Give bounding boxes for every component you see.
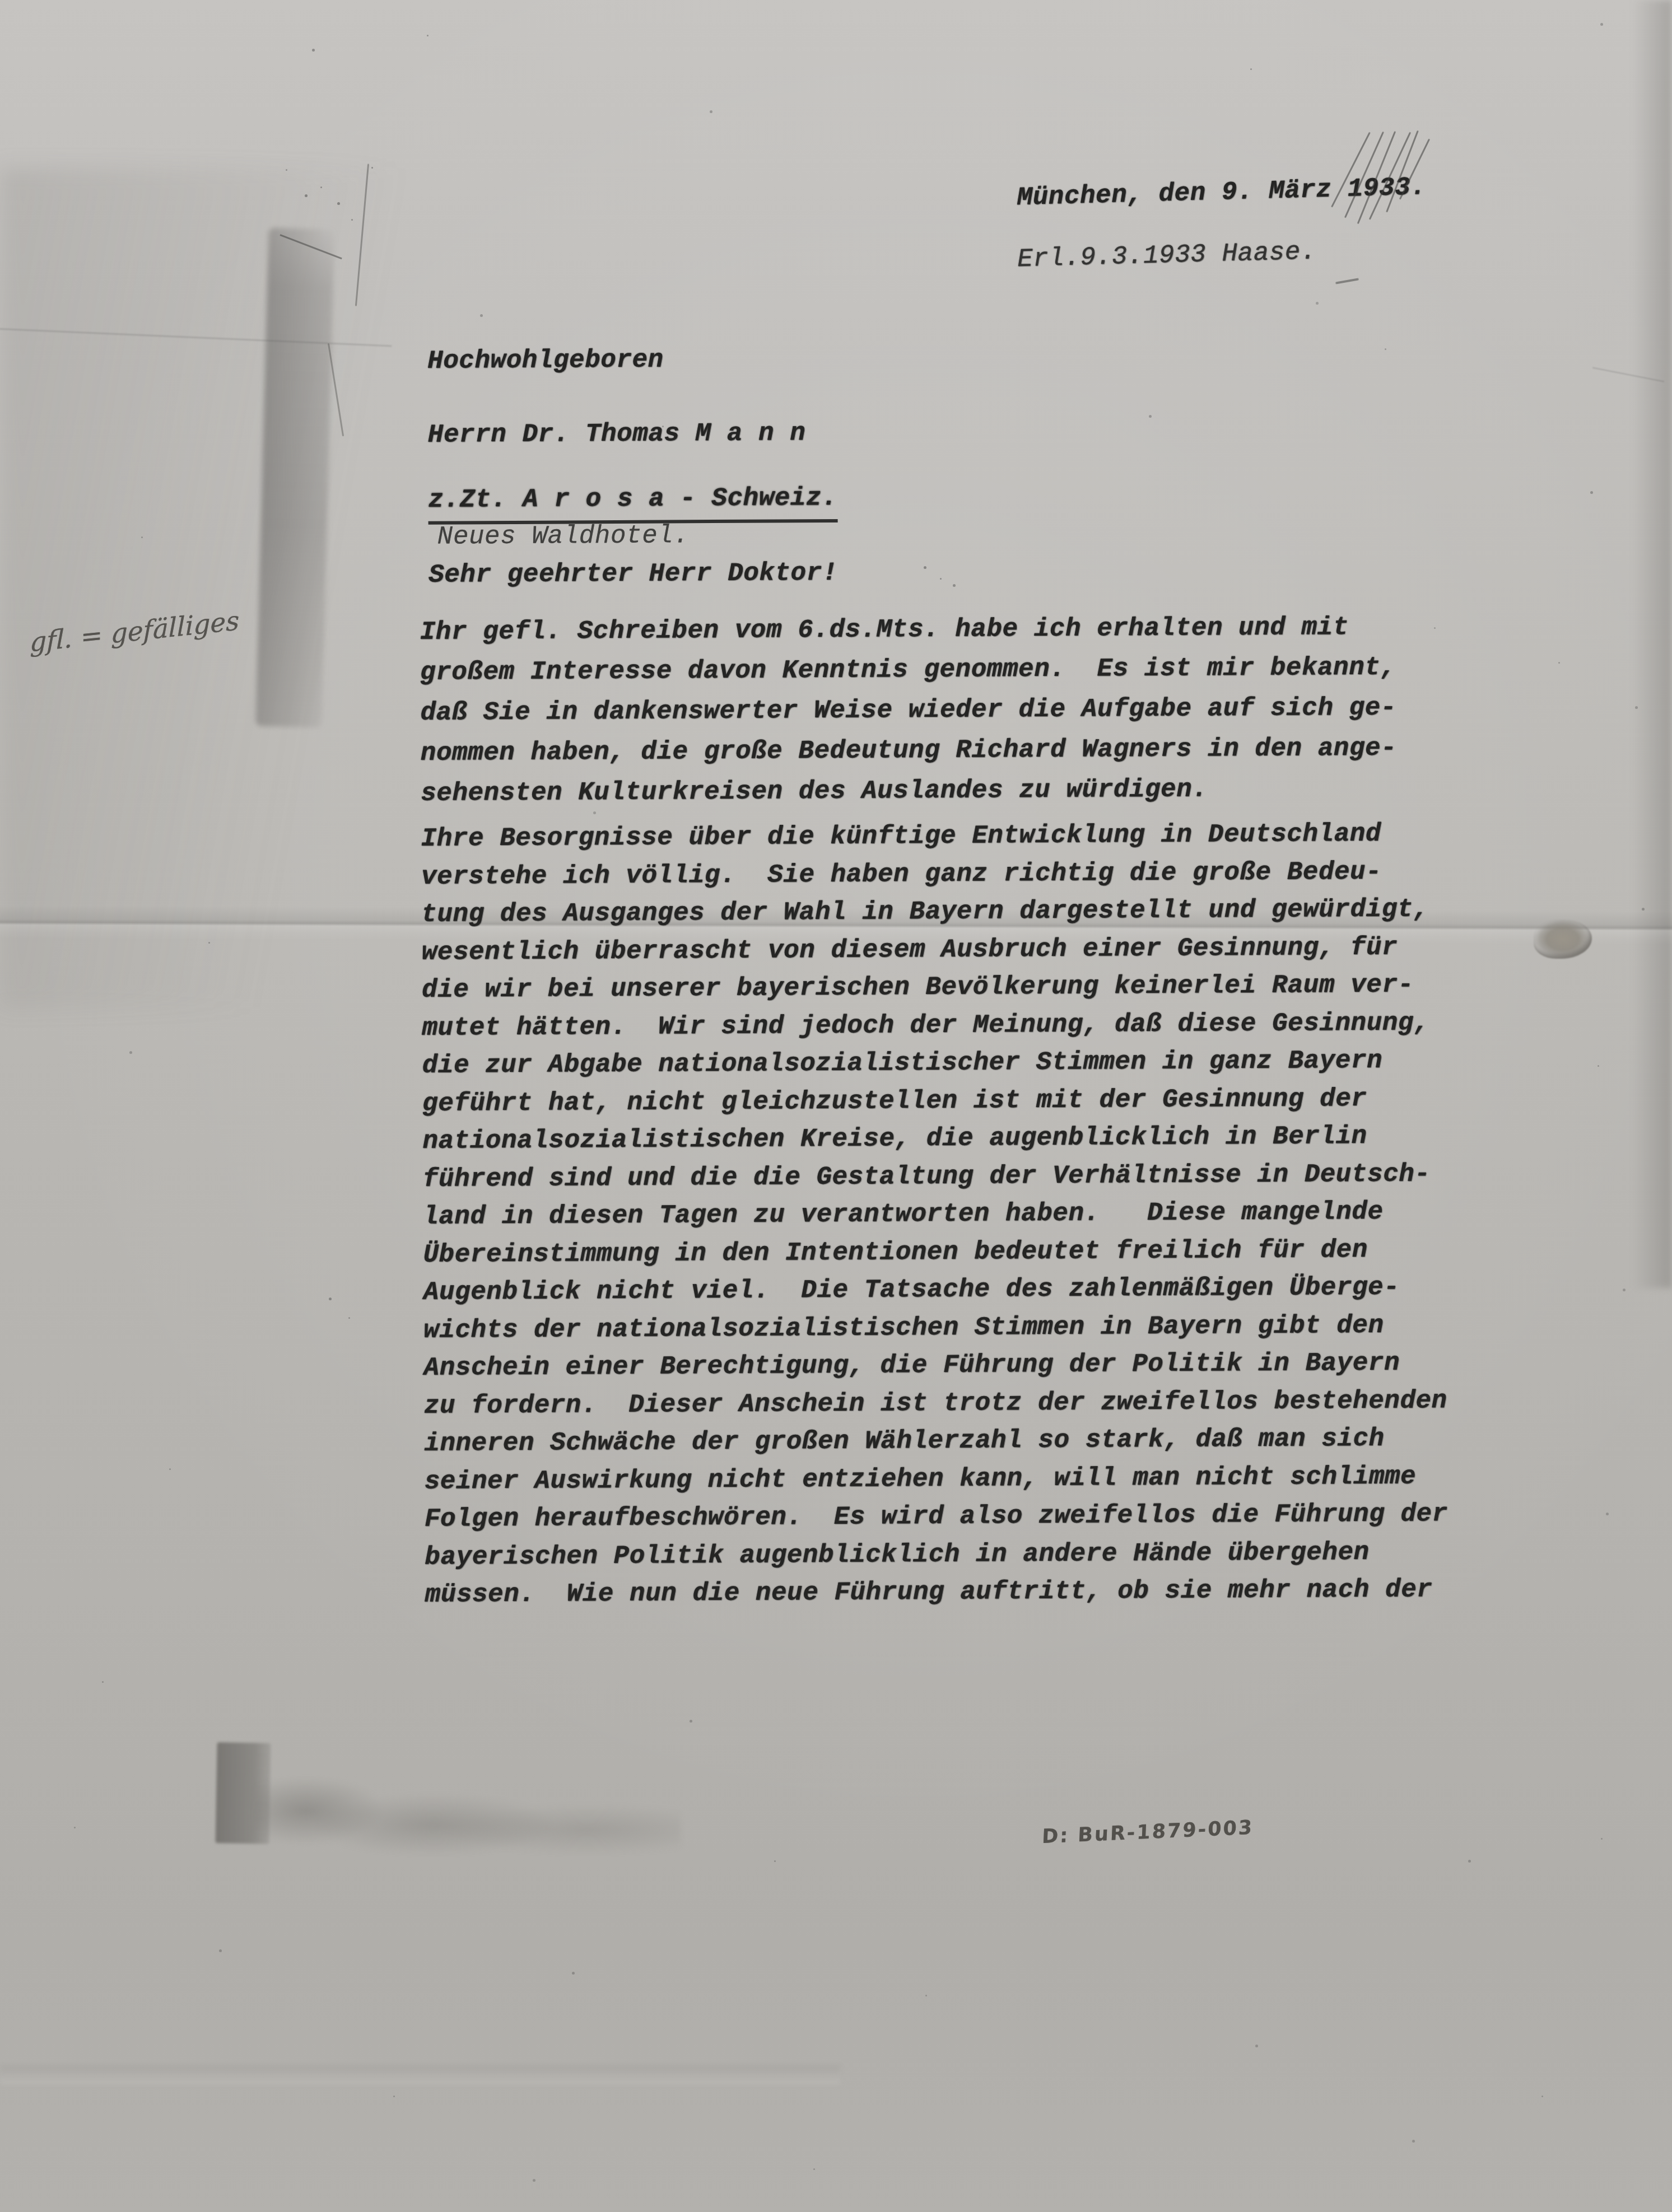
address-honorific: Hochwohlgeboren bbox=[427, 340, 664, 381]
body-paragraph-2: Ihre Besorgnisse über die künftige Entwi… bbox=[421, 815, 1461, 1614]
paper-speckles bbox=[0, 0, 2, 2]
scanned-letter-page: München, den 9. März 1933. Erl.9.3.1933 … bbox=[0, 0, 1672, 2212]
body-paragraph-1: Ihr gefl. Schreiben vom 6.ds.Mts. habe i… bbox=[420, 606, 1457, 814]
address-recipient: Herrn Dr. Thomas M a n n bbox=[428, 413, 806, 455]
reference-line: Erl.9.3.1933 Haase. bbox=[1017, 231, 1317, 279]
letter-content: München, den 9. März 1933. Erl.9.3.1933 … bbox=[0, 0, 1672, 2212]
pencil-scribble-over-date bbox=[1340, 128, 1441, 234]
salutation: Sehr geehrter Herr Doktor! bbox=[429, 553, 838, 595]
address-hotel: Neues Waldhotel. bbox=[437, 515, 690, 557]
